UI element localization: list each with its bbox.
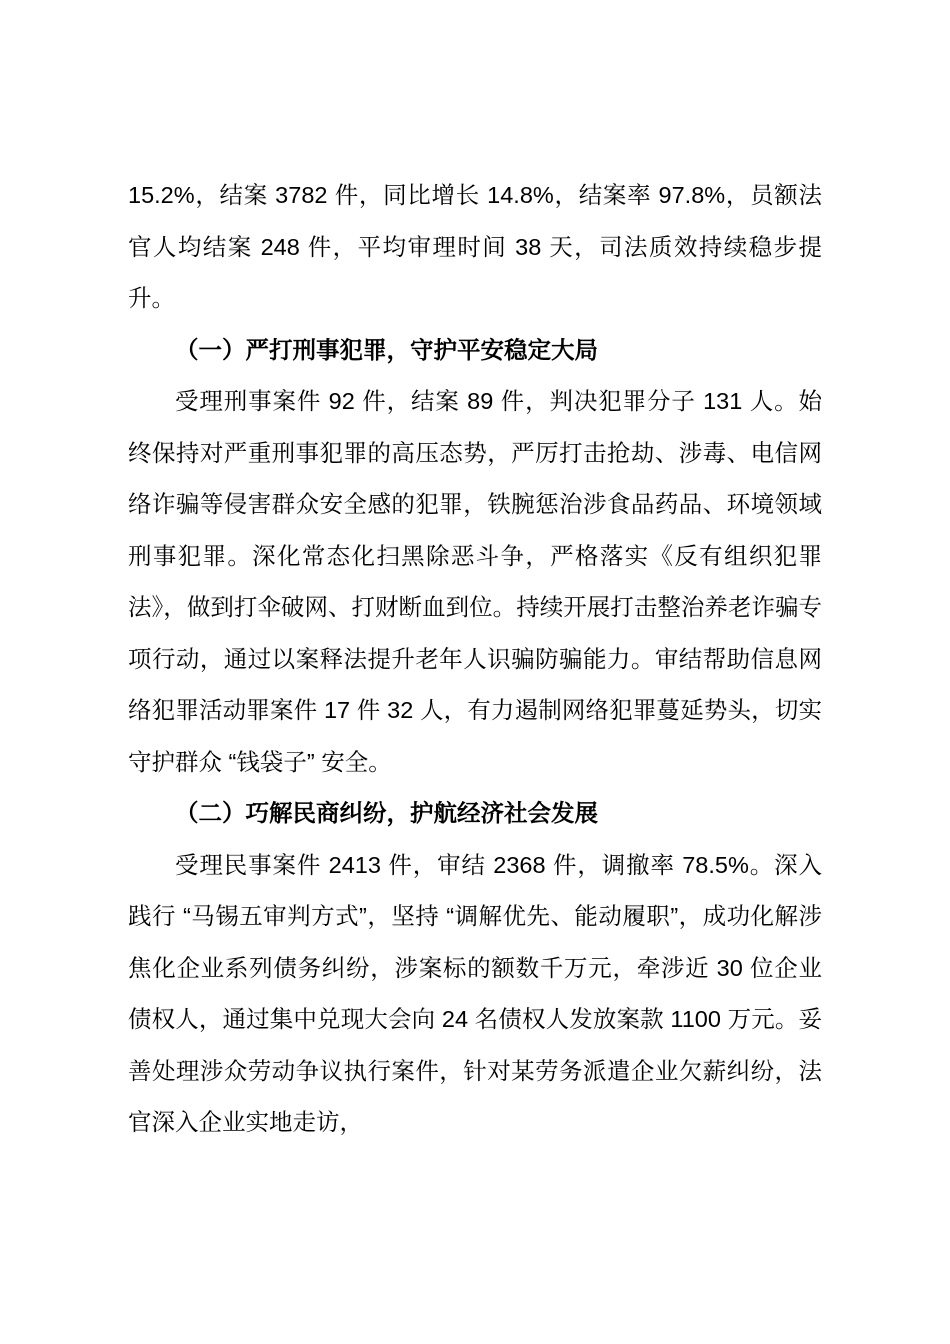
section-1-paragraph: 受理刑事案件 92 件，结案 89 件，判决犯罪分子 131 人。始终保持对严重… [128,376,822,788]
section-1-heading: （一）严打刑事犯罪，守护平安稳定大局 [128,325,822,377]
section-2-paragraph: 受理民事案件 2413 件，审结 2368 件，调撤率 78.5%。深入践行 “… [128,840,822,1149]
section-2-heading: （二）巧解民商纠纷，护航经济社会发展 [128,788,822,840]
paragraph-overview-continuation: 15.2%，结案 3782 件，同比增长 14.8%，结案率 97.8%，员额法… [128,170,822,325]
document-page: 15.2%，结案 3782 件，同比增长 14.8%，结案率 97.8%，员额法… [0,0,950,1344]
